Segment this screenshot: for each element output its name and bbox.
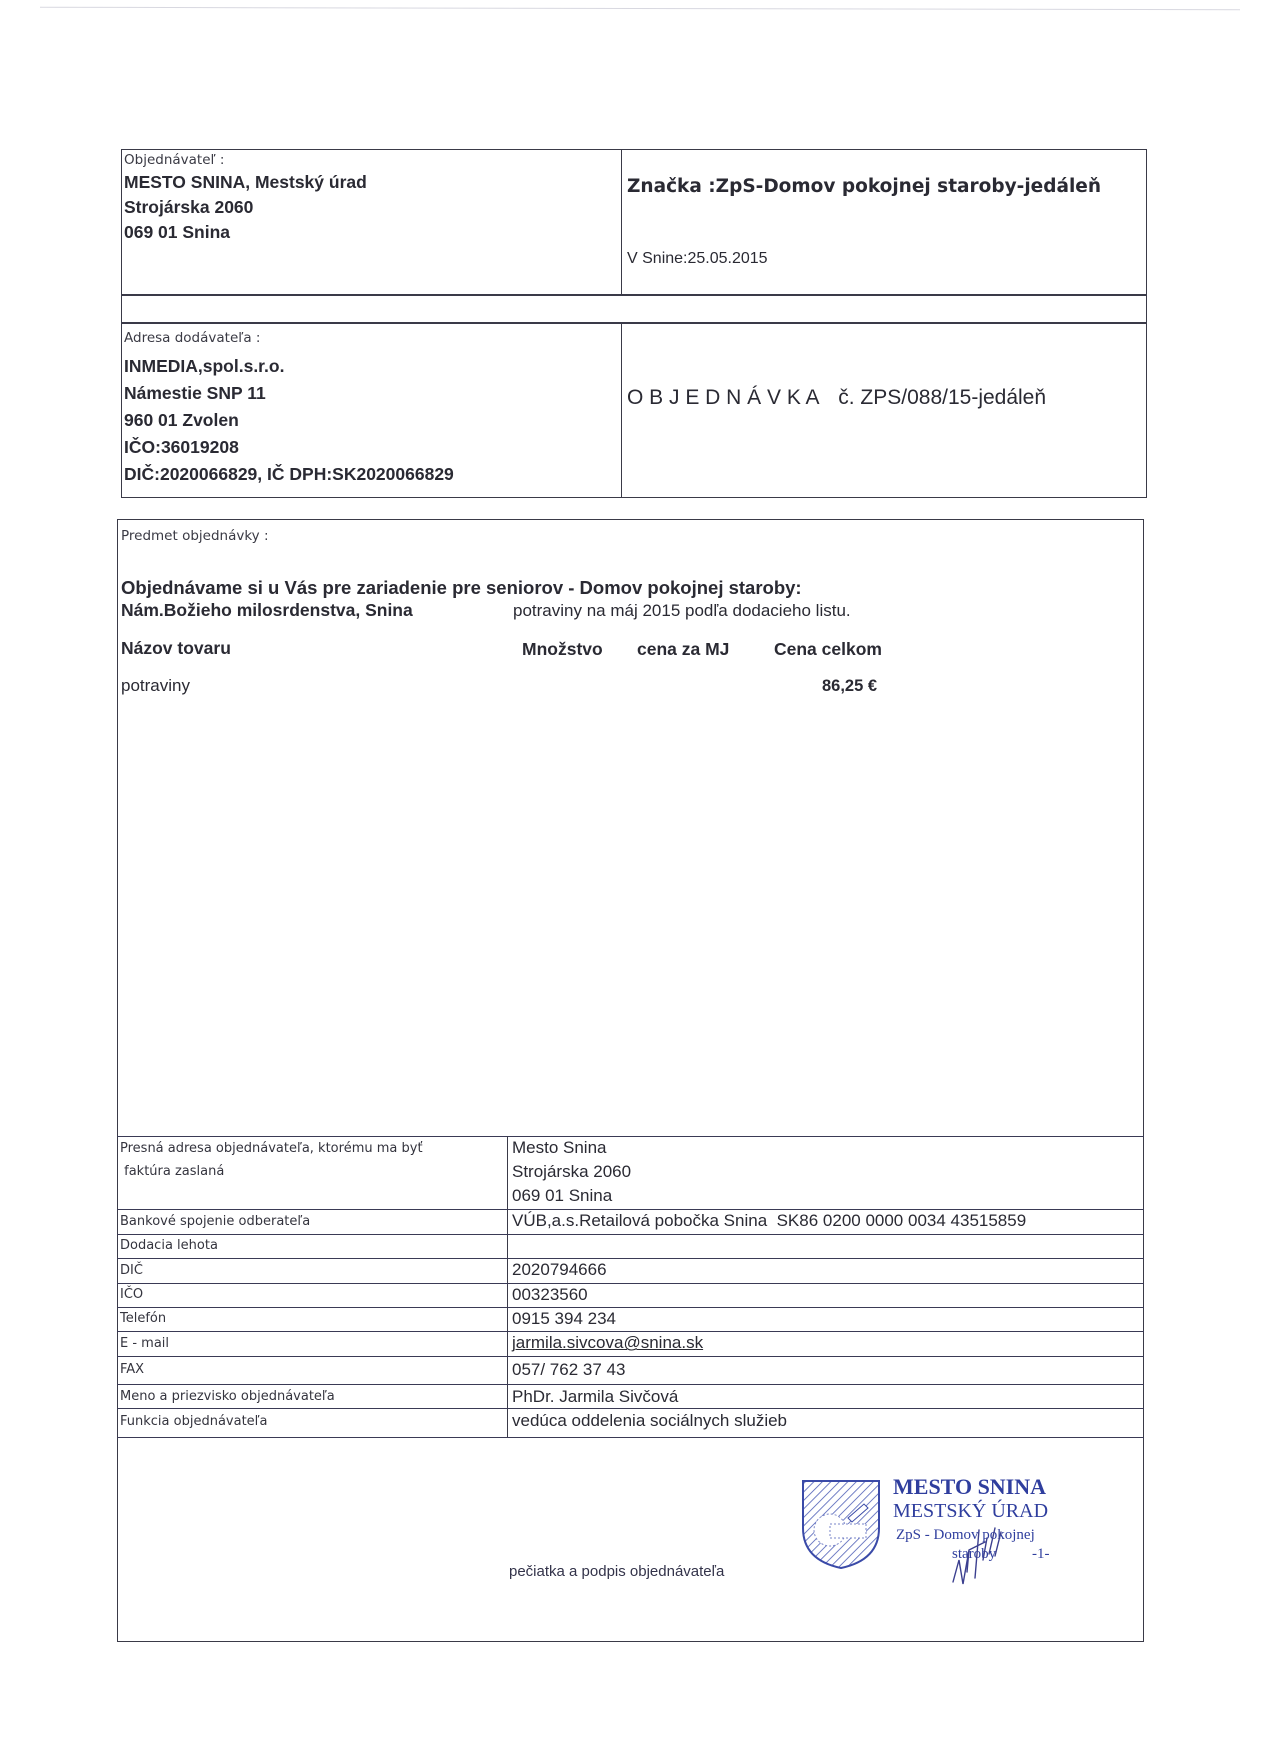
item-row-name: potraviny [121,676,190,696]
supplier-dic: DIČ:2020066829, IČ DPH:SK2020066829 [124,464,454,485]
stamp-line1: MESTO SNINA [893,1474,1046,1500]
handwritten-signature-icon [945,1520,1015,1590]
info-row-line [117,1234,1144,1235]
items-header-quantity: Množstvo [522,639,603,660]
info-row-line [117,1283,1144,1284]
info-label-ico: IČO [120,1287,143,1302]
subject-label: Predmet objednávky : [121,528,269,544]
info-label-email: E - mail [120,1336,169,1351]
info-value-invoice-address-1: Mesto Snina [512,1138,607,1158]
subject-line1: Objednávame si u Vás pre zariadenie pre … [121,577,802,599]
info-label-invoice-address-2: faktúra zaslaná [120,1164,224,1179]
orderer-city: 069 01 Snina [124,222,230,243]
signature-caption: pečiatka a podpis objednávateľa [509,1563,724,1580]
info-value-invoice-address-3: 069 01 Snina [512,1186,612,1206]
info-value-orderer-function: vedúca oddelenia sociálnych služieb [512,1411,787,1431]
supplier-street: Námestie SNP 11 [124,383,266,404]
supplier-name: INMEDIA,spol.s.r.o. [124,356,284,377]
info-value-invoice-address-2: Strojárska 2060 [512,1162,631,1182]
order-title-word: O B J E D N Á V K A [627,386,818,409]
stamp-number: -1- [1032,1546,1050,1563]
spacer-row [121,294,1147,324]
info-row-line [117,1307,1144,1308]
subject-line2-left: Nám.Božieho milosrdenstva, Snina [121,600,413,621]
reference-mark: Značka :ZpS-Domov pokojnej staroby-jedál… [627,176,1101,197]
info-table-divider [507,1136,508,1438]
scan-edge-line [40,7,1240,11]
info-value-phone: 0915 394 234 [512,1309,616,1329]
info-table-top [117,1136,1144,1137]
info-label-dic: DIČ [120,1263,143,1278]
orderer-street: Strojárska 2060 [124,197,253,218]
info-value-dic: 2020794666 [512,1260,607,1280]
subject-line2-right: potraviny na máj 2015 podľa dodacieho li… [513,601,851,621]
header-divider [621,149,622,296]
info-label-fax: FAX [120,1362,144,1377]
supplier-label: Adresa dodávateľa : [124,330,260,346]
info-label-delivery-term: Dodacia lehota [120,1238,218,1253]
order-title: O B J E D N Á V K A č. ZPS/088/15-jedále… [627,386,1046,410]
orderer-name: MESTO SNINA, Mestský úrad [124,172,367,193]
info-row-line [117,1437,1144,1438]
items-header-name: Názov tovaru [121,638,231,659]
item-row-total: 86,25 € [822,677,877,696]
items-header-total: Cena celkom [774,639,882,660]
info-label-invoice-address-1: Presná adresa objednávateľa, ktorému ma … [120,1141,423,1156]
info-value-ico: 00323560 [512,1285,588,1305]
info-row-line [117,1384,1144,1385]
info-label-bank: Bankové spojenie odberateľa [120,1214,310,1229]
info-row-line [117,1331,1144,1332]
info-row-line [117,1356,1144,1357]
email-link[interactable]: jarmila.sivcova@snina.sk [512,1333,703,1352]
supplier-divider [621,322,622,498]
orderer-label: Objednávateľ : [124,152,224,168]
city-coat-of-arms-icon [800,1478,882,1570]
info-value-fax: 057/ 762 37 43 [512,1360,625,1380]
info-label-orderer-function: Funkcia objednávateľa [120,1414,268,1429]
order-number: č. ZPS/088/15-jedáleň [838,386,1046,409]
supplier-city: 960 01 Zvolen [124,410,239,431]
info-label-orderer-name: Meno a priezvisko objednávateľa [120,1389,335,1404]
info-row-line [117,1209,1144,1210]
items-header-unit-price: cena za MJ [637,639,729,660]
info-row-line [117,1258,1144,1259]
place-date: V Snine:25.05.2015 [627,250,768,268]
info-label-phone: Telefón [120,1311,166,1326]
info-value-orderer-name: PhDr. Jarmila Sivčová [512,1387,678,1407]
info-value-bank: VÚB,a.s.Retailová pobočka Snina SK86 020… [512,1211,1026,1231]
info-row-line [117,1408,1144,1409]
info-value-email[interactable]: jarmila.sivcova@snina.sk [512,1333,703,1353]
supplier-ico: IČO:36019208 [124,437,239,458]
